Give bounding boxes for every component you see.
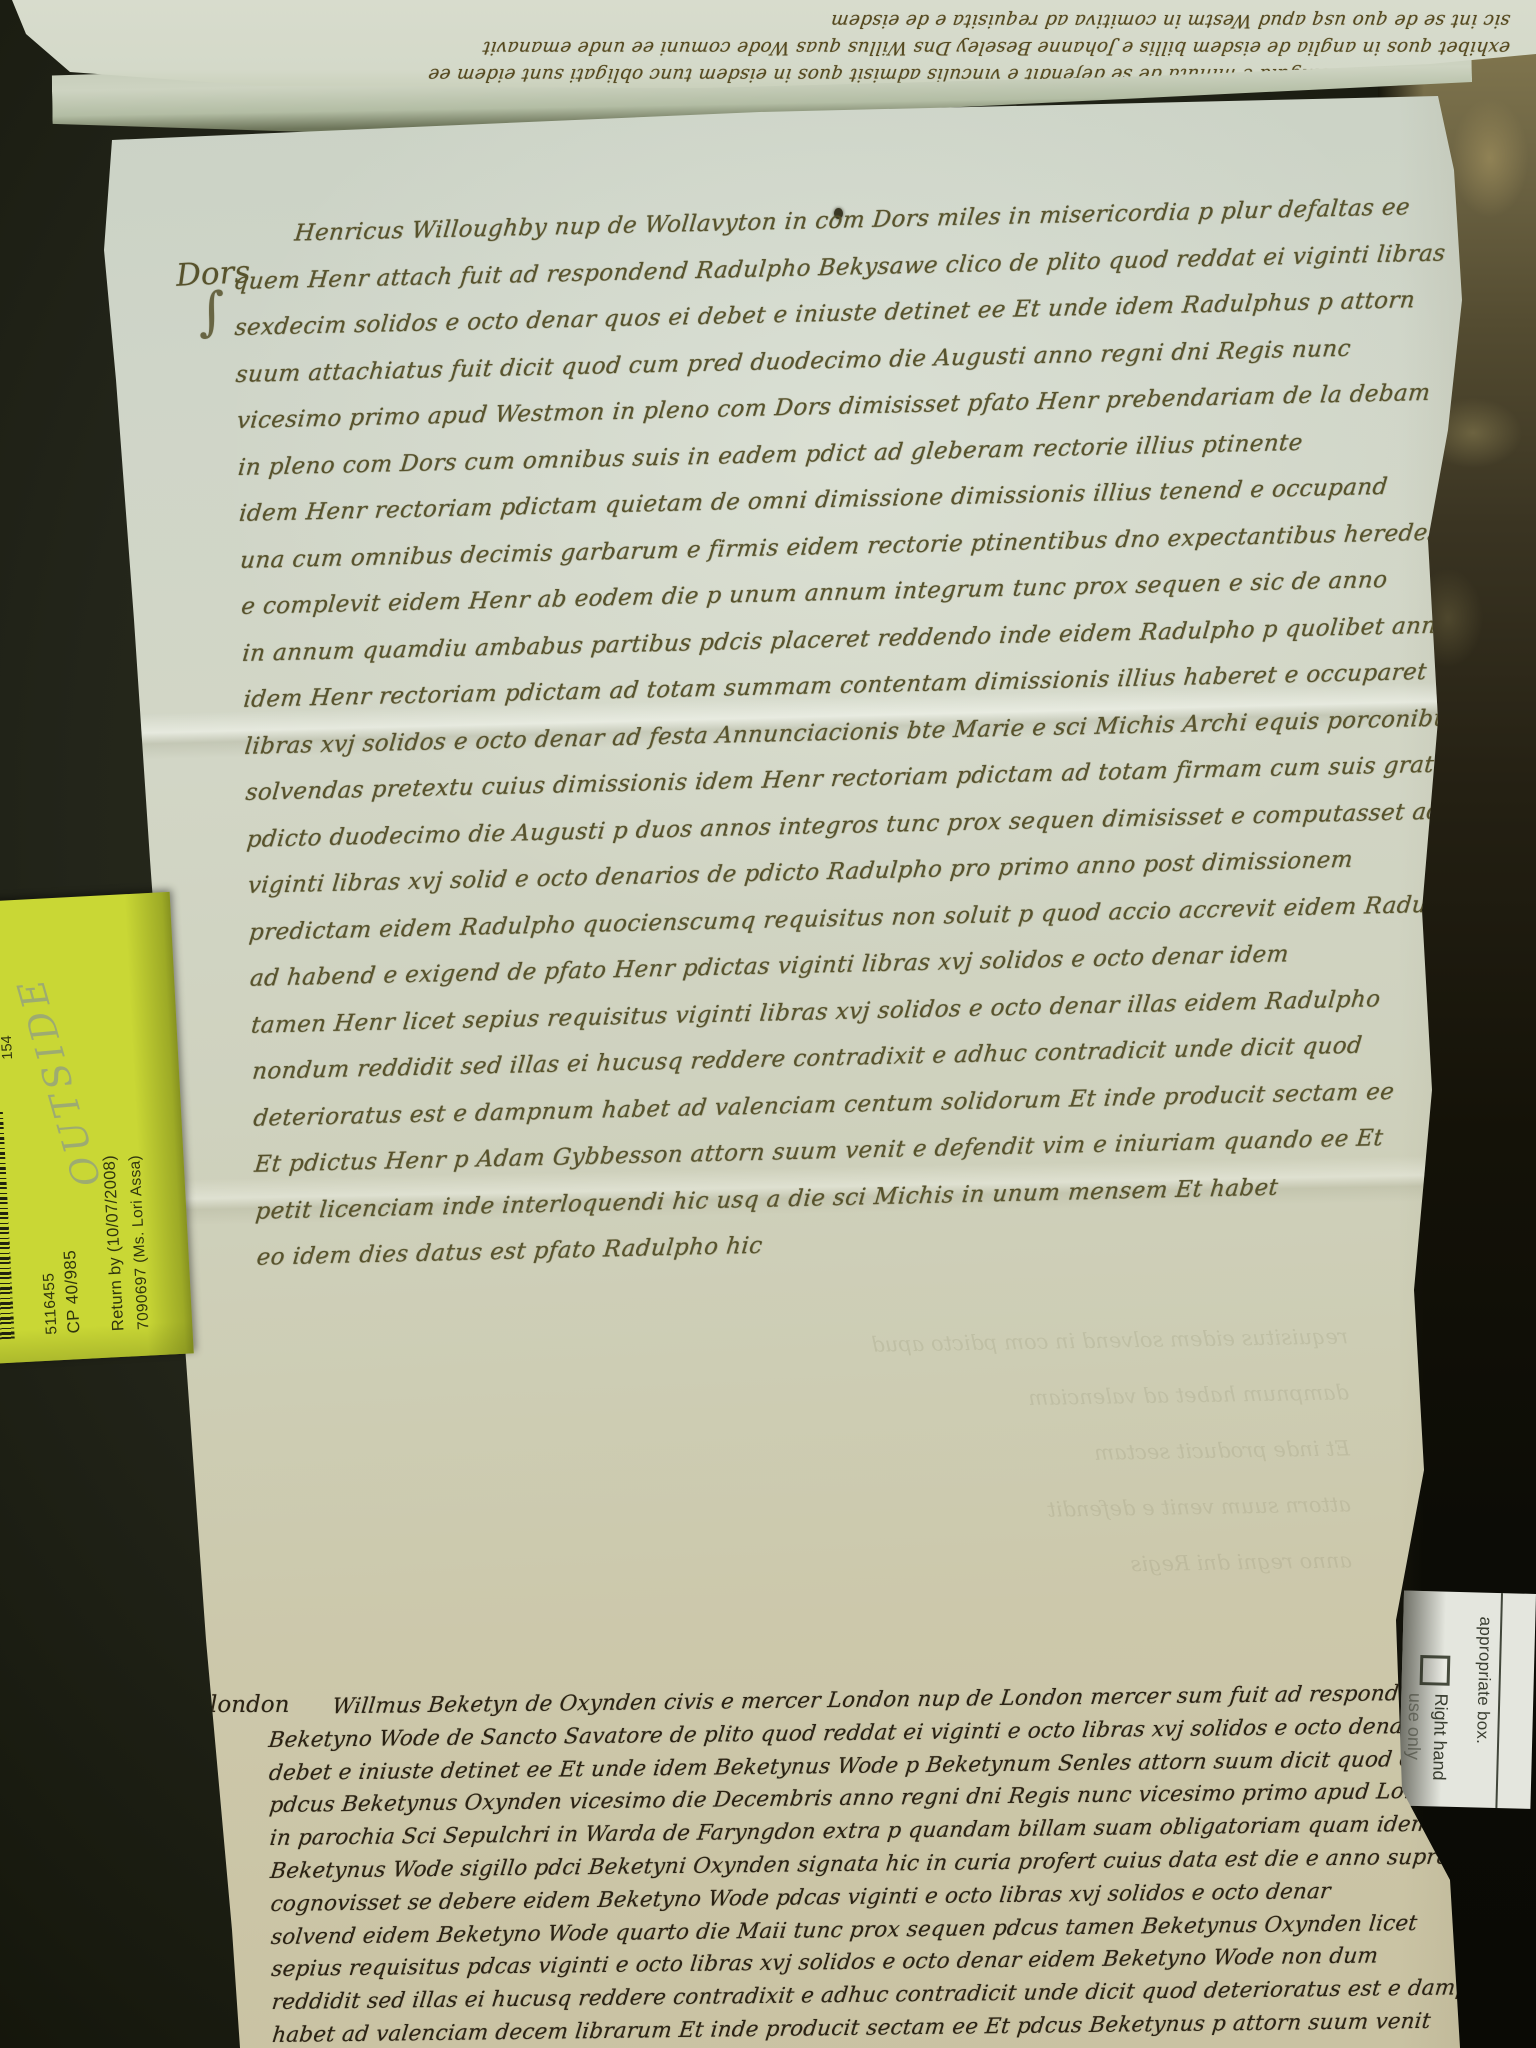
note-document-reference: CP 40/985	[60, 1249, 84, 1334]
right-hand-checkbox	[1420, 1655, 1451, 1686]
ticket-option-label-partial: use only	[1403, 1693, 1426, 1761]
plea-entry-london: Willmus Beketyn de Oxynden civis e merce…	[268, 1677, 1487, 2048]
location-ticket: appropriate box. Right hand use only	[1398, 1591, 1536, 1809]
plea-entry-dorset: Henricus Willoughby nup de Wollavyton in…	[232, 184, 1457, 1281]
note-handwritten-outside: OUTSIDE	[8, 970, 109, 1191]
manuscript-line: sic int se de quo usq apud Westm in comi…	[32, 7, 1511, 34]
ticket-option-label: Right hand	[1428, 1693, 1451, 1781]
ticket-instruction-text: appropriate box.	[1472, 1616, 1495, 1744]
note-class-number: 154	[0, 1035, 16, 1060]
manuscript-line: exhibet quos in anglia de eisdem billis …	[32, 34, 1511, 61]
ticket-divider-line	[1495, 1593, 1503, 1808]
note-item-number: 5116455	[40, 1272, 61, 1335]
note-requisition: 7090697 (Ms. Lori Assa)	[126, 1155, 153, 1331]
ink-bleedthrough-text: requisitus eidem solvend in com pdicto a…	[248, 1308, 1353, 1607]
barcode	[0, 1111, 15, 1340]
parchment-membrane: Dors ∫ Henricus Willoughby nup de Wollav…	[0, 0, 1536, 2048]
margin-flourish-mark: ∫	[196, 281, 226, 342]
photo-of-plea-roll: appropriate box. Right hand use only Dor…	[0, 0, 1536, 2048]
archive-retrieval-note: C 154 5116455 CP 40/985 Return by (10/07…	[0, 892, 194, 1364]
